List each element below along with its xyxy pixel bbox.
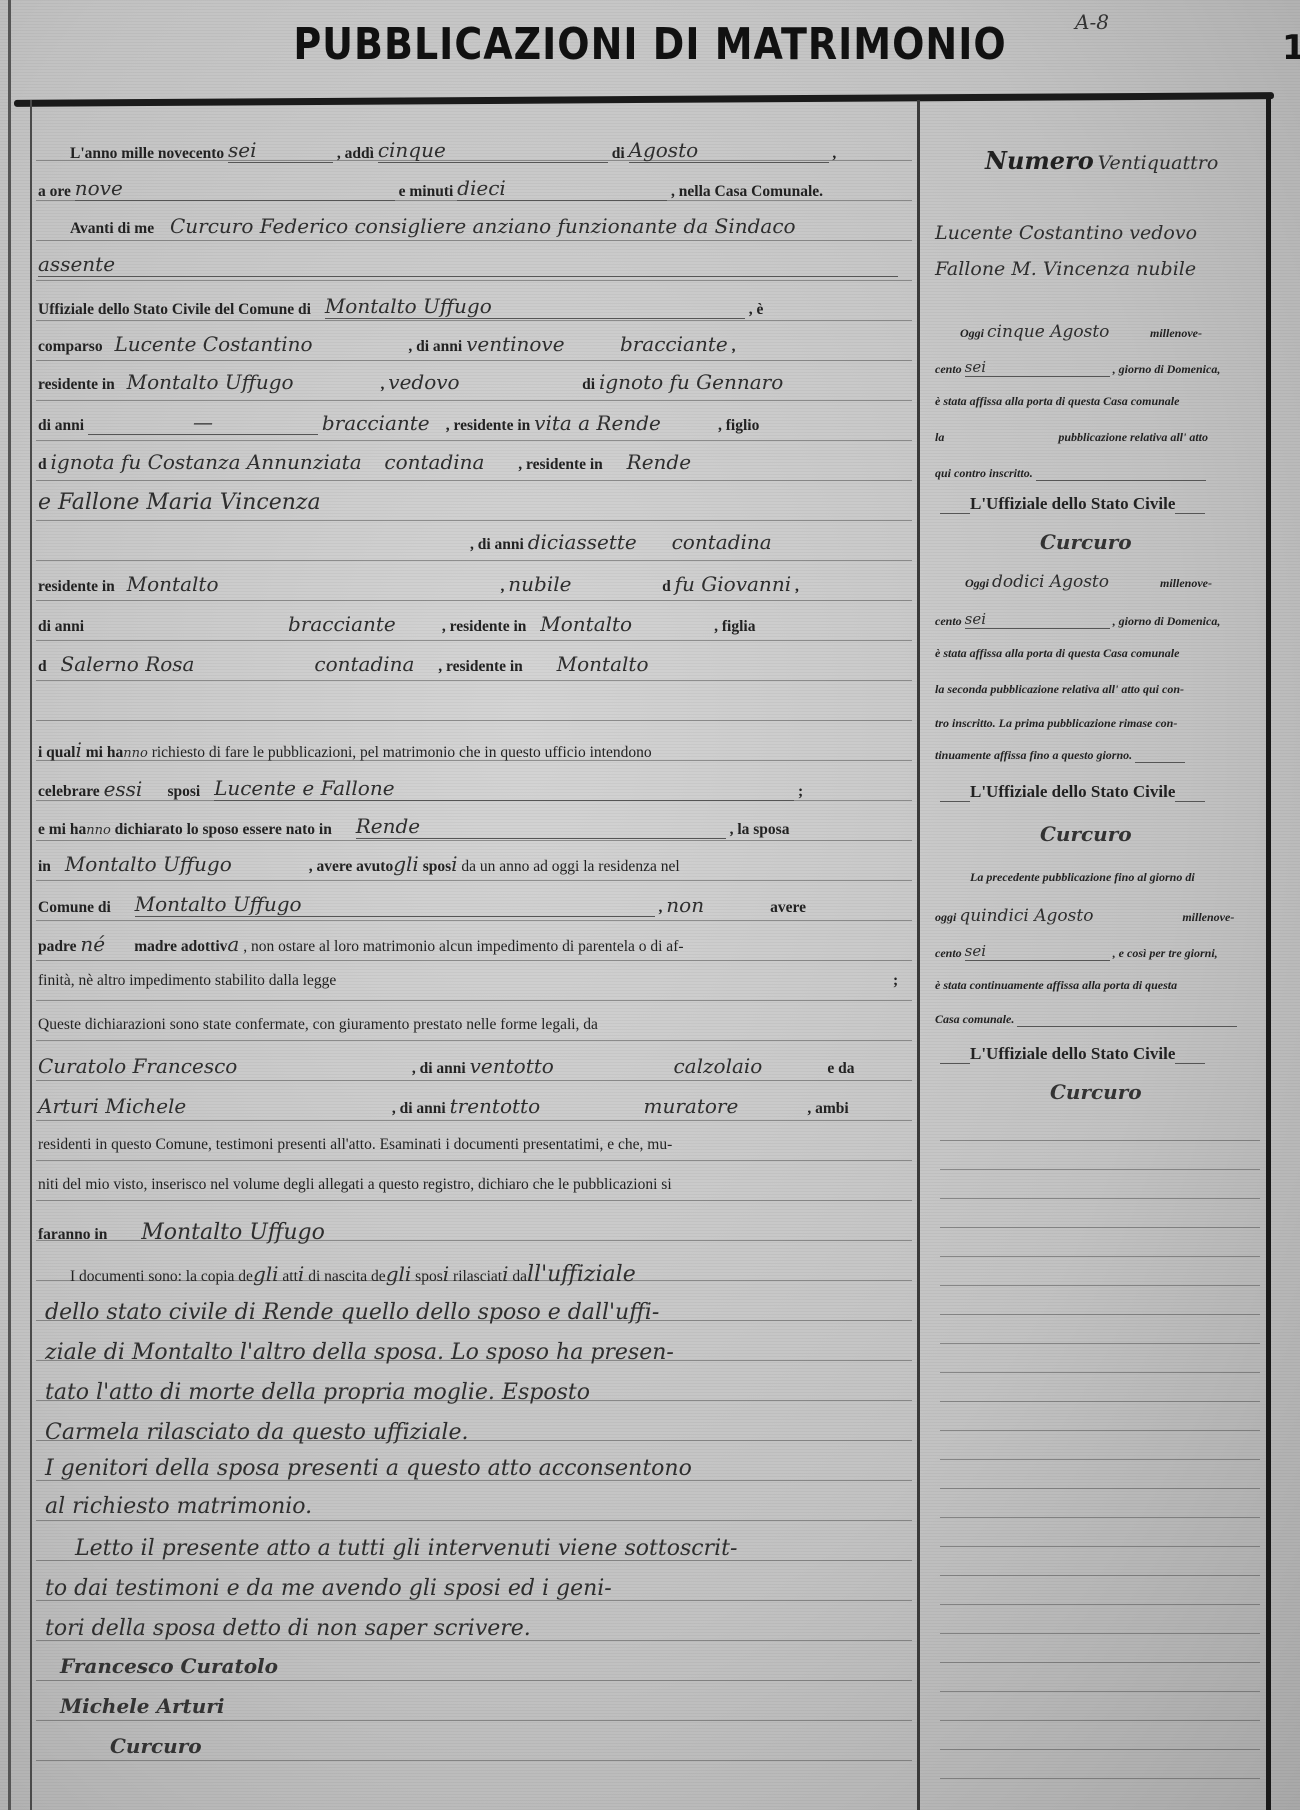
ruled-line [940,1198,1260,1199]
ruled-line [36,720,912,721]
ruled-line [940,1140,1260,1141]
ruled-line [940,1430,1260,1431]
ruled-line [36,680,912,681]
form-line-witness-2: Arturi Michele , di anni trentotto murat… [38,1094,849,1118]
ruled-line [940,1575,1260,1576]
form-line-witness-1: Curatolo Francesco , di anni ventotto ca… [38,1054,854,1078]
form-line-impediment: padre né madre adottiva , non ostare al … [38,932,684,956]
form-line-confirmed: Queste dichiarazioni sono state conferma… [38,1016,598,1034]
officer-label-1: L'Uffiziale dello Stato Civile [940,494,1205,514]
form-line-groom-mother: d ignota fu Costanza Annunziata contadin… [38,450,691,474]
form-line-officer: Avanti di me Curcuro Federico consiglier… [70,214,796,238]
frame-right-rule [1266,98,1271,1810]
form-line-residence: in Montalto Uffugo , avere avutogli spos… [38,852,680,876]
field-groom-job: bracciante [620,332,728,356]
ruled-line [940,1517,1260,1518]
sidebar-groom: Lucente Costantino vedovo [935,222,1197,244]
column-divider [917,100,920,1810]
document-page: PUBBLICAZIONI DI MATRIMONIO A-8 1 L'anno… [0,0,1300,1810]
field-groom-name: Lucente Costantino [114,332,404,356]
form-line-comune: Uffiziale dello Stato Civile del Comune … [38,294,763,319]
form-line-birthplace: e mi hanno dichiarato lo sposo essere na… [38,814,789,839]
ruled-line [36,1080,912,1081]
ruled-line [36,1160,912,1161]
form-line-request: i quali mi hanno richiesto di fare le pu… [38,738,652,762]
field-comune: Montalto Uffugo [325,294,745,319]
ruled-line [940,1604,1260,1605]
ruled-line [36,1680,912,1681]
form-line-affinity: finità, nè altro impedimento stabilito d… [38,972,336,990]
field-month: Agosto [629,138,829,163]
ruled-line [940,1343,1260,1344]
form-line-documents: I documenti sono: la copia degli atti di… [70,1262,636,1287]
ruled-line [940,1227,1260,1228]
form-line-bride: e Fallone Maria Vincenza [38,490,321,515]
ruled-line [36,1120,912,1121]
ruled-line [940,1372,1260,1373]
field-officer: Curcuro Federico consigliere anziano fun… [170,214,796,238]
ruled-line [36,840,912,841]
form-line-bride-res: residente in Montalto , nubile d fu Giov… [38,572,799,596]
ruled-line [940,1546,1260,1547]
form-line-time: a ore nove e minuti dieci , nella Casa C… [38,176,823,201]
form-line-groom: comparso Lucente Costantino , di anni ve… [38,332,735,356]
form-line-groom-father: di anni — bracciante , residente in vita… [38,410,759,435]
ruled-line [940,1778,1260,1779]
page-number: 1 [1282,28,1300,68]
officer-label-3: L'Uffiziale dello Stato Civile [940,1044,1205,1064]
ruled-line [940,1720,1260,1721]
ruled-line [36,240,912,241]
field-minutes: dieci [457,176,667,201]
ruled-line [36,360,912,361]
field-groom-age: ventinove [466,332,616,356]
ruled-line [36,400,912,401]
signature-witness-1: Francesco Curatolo [60,1654,278,1678]
form-line-faranno: faranno in Montalto Uffugo [38,1220,325,1245]
form-line-date: L'anno mille novecento sei , addì cinque… [70,138,836,163]
form-line-residents: residenti in questo Comune, testimoni pr… [38,1136,672,1154]
form-line-bride-father: di anni bracciante , residente in Montal… [38,612,755,636]
record-number: Numero Ventiquattro [985,146,1218,175]
signature-witness-2: Michele Arturi [60,1694,224,1718]
ruled-line [36,920,912,921]
ruled-line [940,1401,1260,1402]
form-line-comune2: Comune di Montalto Uffugo , non avere [38,892,806,917]
ruled-line [940,1633,1260,1634]
field-witness-2: Arturi Michele [38,1094,388,1118]
form-line-celebrate: celebrare essi sposi Lucente e Fallone ; [38,776,803,801]
form-line-groom-res: residente in Montalto Uffugo , vedovo di… [38,370,783,394]
ruled-line [36,480,912,481]
ruled-line [36,1720,912,1721]
frame-top-rule [14,92,1274,107]
officer-signature-1: Curcuro [1040,530,1132,554]
field-day: cinque [378,138,608,163]
page-edge [8,0,11,1810]
ruled-line [940,1749,1260,1750]
ruled-line [36,1200,912,1201]
field-hour: nove [75,176,395,201]
ruled-line [36,640,912,641]
form-line-bride-age: , di anni diciassette contadina [470,530,772,554]
ruled-line [36,1760,912,1761]
ruled-line [36,960,912,961]
ruled-line [940,1285,1260,1286]
ruled-line [36,320,912,321]
ruled-line [940,1459,1260,1460]
form-line-bride-mother: d Salerno Rosa contadina , residente in … [38,652,649,676]
corner-annotation: A-8 [1075,10,1109,34]
field-bride-name: e Fallone Maria Vincenza [38,490,321,515]
ruled-line [940,1169,1260,1170]
frame-left-rule [30,100,32,1810]
officer-label-2: L'Uffiziale dello Stato Civile [940,782,1205,802]
ruled-line [940,1662,1260,1663]
ruled-line [36,880,912,881]
record-number-value: Ventiquattro [1098,152,1219,174]
ruled-line [36,1000,912,1001]
officer-signature-2: Curcuro [1040,822,1132,846]
ruled-line [36,600,912,601]
ruled-line [940,1488,1260,1489]
ruled-line [940,1691,1260,1692]
ruled-line [940,1314,1260,1315]
signature-officer: Curcuro [110,1734,202,1758]
officer-signature-3: Curcuro [1050,1080,1142,1104]
form-line-officer-cont: assente [38,252,898,277]
field-year: sei [228,138,333,163]
ruled-line [36,560,912,561]
sidebar-bride: Fallone M. Vincenza nubile [935,258,1196,280]
ruled-line [36,280,912,281]
ruled-line [36,1040,912,1041]
field-witness-1: Curatolo Francesco [38,1054,408,1078]
ruled-line [36,1520,912,1521]
ruled-line [36,440,912,441]
form-line-allegati: niti del mio visto, inserisco nel volume… [38,1176,672,1194]
ruled-line [36,520,912,521]
ruled-line [940,1256,1260,1257]
